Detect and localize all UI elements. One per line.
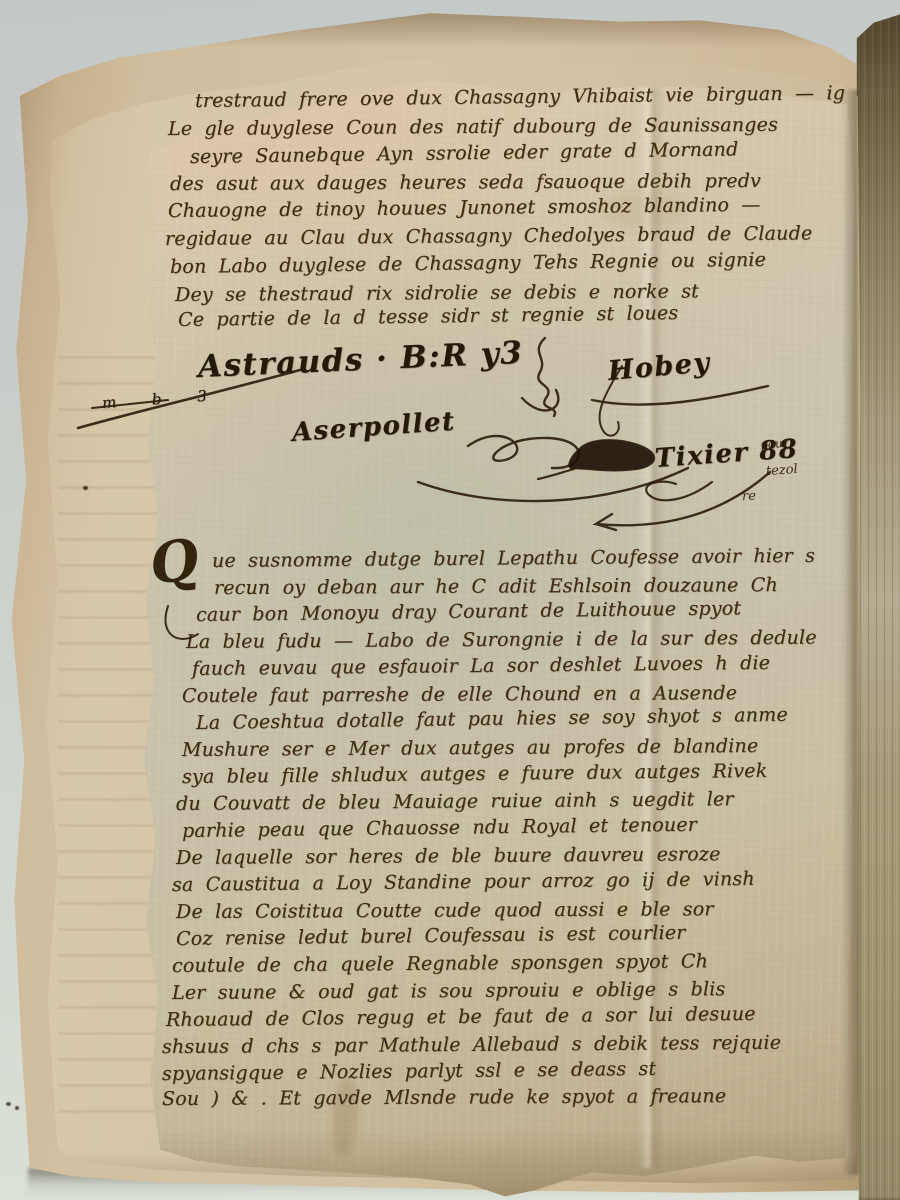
handwritten-line: du Couvatt de bleu Mauiage ruiue ainh s … [176, 790, 734, 814]
handwritten-line: ue susnomme dutge burel Lepathu Coufesse… [212, 547, 815, 571]
paragraph-initial-q: Q [146, 531, 202, 593]
handwritten-line: coutule de cha quele Regnable sponsgen s… [172, 952, 708, 976]
adjacent-page-edge [852, 0, 900, 1200]
handwritten-line: De las Coistitua Coutte cude quod aussi … [176, 900, 714, 922]
signature-side-note: re [742, 490, 756, 503]
page-edge-shadow [842, 90, 858, 1175]
handwritten-line: De laquelle sor heres de ble buure dauvr… [176, 845, 721, 868]
handwritten-line: spyansigque e Nozlies parlyt ssl e se de… [162, 1060, 656, 1084]
handwritten-line: Dey se thestraud rix sidrolie se debis e… [175, 282, 699, 305]
handwritten-line: Le gle duyglese Coun des natif dubourg d… [168, 116, 778, 139]
handwritten-line: Sou ) & . Et gavde Mlsnde rude ke spyot … [162, 1087, 726, 1109]
signature-side-note: pour [759, 436, 789, 452]
ink-speck [15, 1106, 19, 1110]
handwritten-line: La bleu fudu — Labo de Surongnie i de la… [186, 629, 817, 652]
signature-side-note: tezol [766, 463, 799, 478]
handwritten-line: shsuus d chs s par Mathule Allebaud s de… [162, 1034, 781, 1057]
handwritten-line: Mushure ser e Mer dux autges au profes d… [182, 737, 759, 760]
photo-of-manuscript: trestraud frere ove dux Chassagny Vhibai… [0, 0, 900, 1200]
handwritten-line: des asut aux dauges heures seda fsauoque… [170, 172, 761, 194]
ink-speck [6, 1102, 11, 1106]
handwritten-line: Ler suune & oud gat is sou sprouiu e obl… [172, 980, 726, 1003]
handwritten-line: Coutele faut parreshe de elle Chound en … [182, 684, 737, 706]
handwritten-line: recun oy deban aur he C adit Eshlsoin do… [214, 576, 778, 598]
show-through-writing [58, 340, 158, 1130]
